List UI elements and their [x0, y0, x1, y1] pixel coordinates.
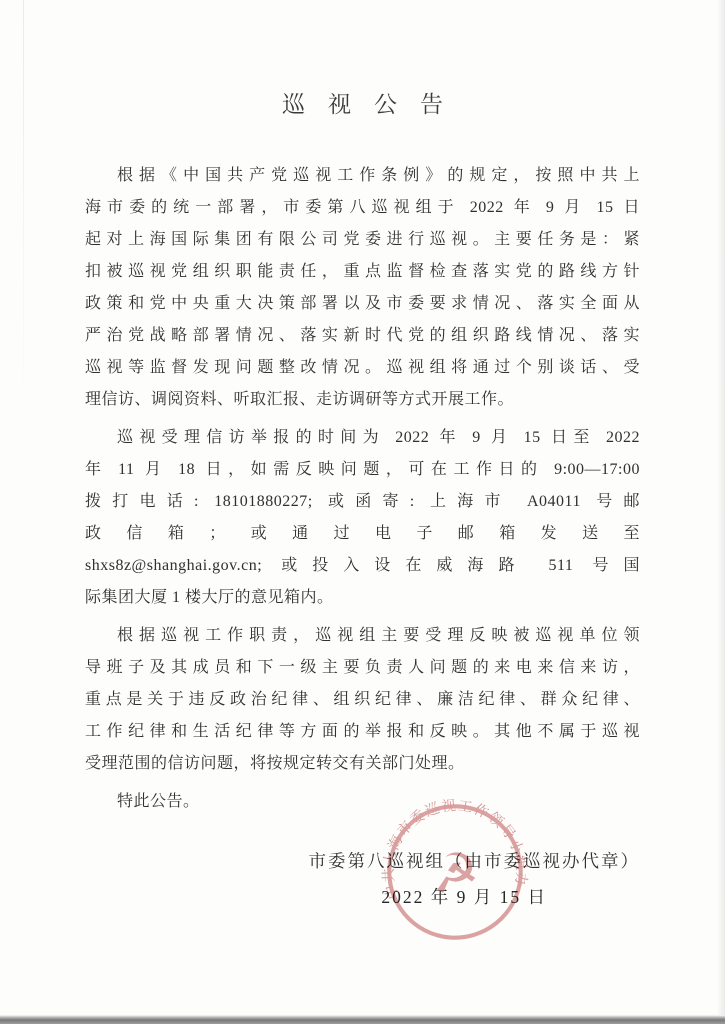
body-line: 起对上海国际集团有限公司党委进行巡视。主要任务是：紧: [85, 224, 640, 256]
scan-edge-right: [717, 0, 725, 1024]
body-line: 根据巡视工作职责，巡视组主要受理反映被巡视单位领: [85, 620, 640, 652]
signature-date: 2022 年 9 月 15 日: [85, 881, 640, 913]
body-line: 重点是关于违反政治纪律、组织纪律、廉洁纪律、群众纪律、: [85, 684, 640, 716]
signature-org: 市委第八巡视组（由市委巡视办代章）: [85, 845, 640, 877]
body-line: 严治党战略部署情况、落实新时代党的组织路线情况、落实: [85, 320, 640, 352]
paragraph-4: 特此公告。: [85, 786, 640, 818]
scan-crease-line: [23, 0, 24, 420]
scanned-document-page: 巡 视 公 告 根据《中国共产党巡视工作条例》的规定，按照中共上 海市委的统一部…: [0, 0, 725, 1024]
body-line: 海市委的统一部署，市委第八巡视组于 2022 年 9 月 15 日: [85, 192, 640, 224]
body-line: 扣被巡视党组织职能责任，重点监督检查落实党的路线方针: [85, 256, 640, 288]
body-line: 际集团大厦 1 楼大厅的意见箱内。: [85, 582, 640, 614]
contact-phone-line: 拨打电话: 18101880227; 或函寄: 上海市 A04011 号邮: [85, 486, 640, 518]
body-line: 工作纪律和生活纪律等方面的举报和反映。其他不属于巡视: [85, 716, 640, 748]
closing-line: 特此公告。: [85, 786, 640, 818]
document-body: 根据《中国共产党巡视工作条例》的规定，按照中共上 海市委的统一部署，市委第八巡视…: [85, 160, 640, 818]
document-title: 巡 视 公 告: [0, 86, 725, 119]
body-line: 导班子及其成员和下一级主要负责人问题的来电来信来访，: [85, 652, 640, 684]
body-line: 巡视受理信访举报的时间为 2022 年 9 月 15 日至 2022: [85, 422, 640, 454]
body-line: 巡视等监督发现问题整改情况。巡视组将通过个别谈话、受: [85, 352, 640, 384]
body-line: 政信箱；或通过电子邮箱发送至: [85, 518, 640, 550]
signature-date-text: 2022 年 9 月 15 日: [381, 881, 547, 913]
contact-email-line: shxs8z@shanghai.gov.cn; 或投入设在威海路 511 号国: [85, 550, 640, 582]
paragraph-1: 根据《中国共产党巡视工作条例》的规定，按照中共上 海市委的统一部署，市委第八巡视…: [85, 160, 640, 416]
body-line: 理信访、调阅资料、听取汇报、走访调研等方式开展工作。: [85, 384, 640, 416]
scan-edge-bottom: [0, 1015, 725, 1024]
body-line: 政策和党中央重大决策部署以及市委要求情况、落实全面从: [85, 288, 640, 320]
body-line: 年 11 月 18 日，如需反映问题，可在工作日的 9:00—17:00: [85, 454, 640, 486]
paragraph-3: 根据巡视工作职责，巡视组主要受理反映被巡视单位领 导班子及其成员和下一级主要负责…: [85, 620, 640, 780]
paragraph-2: 巡视受理信访举报的时间为 2022 年 9 月 15 日至 2022 年 11 …: [85, 422, 640, 614]
body-line: 受理范围的信访问题，将按规定转交有关部门处理。: [85, 748, 640, 780]
body-line: 根据《中国共产党巡视工作条例》的规定，按照中共上: [85, 160, 640, 192]
